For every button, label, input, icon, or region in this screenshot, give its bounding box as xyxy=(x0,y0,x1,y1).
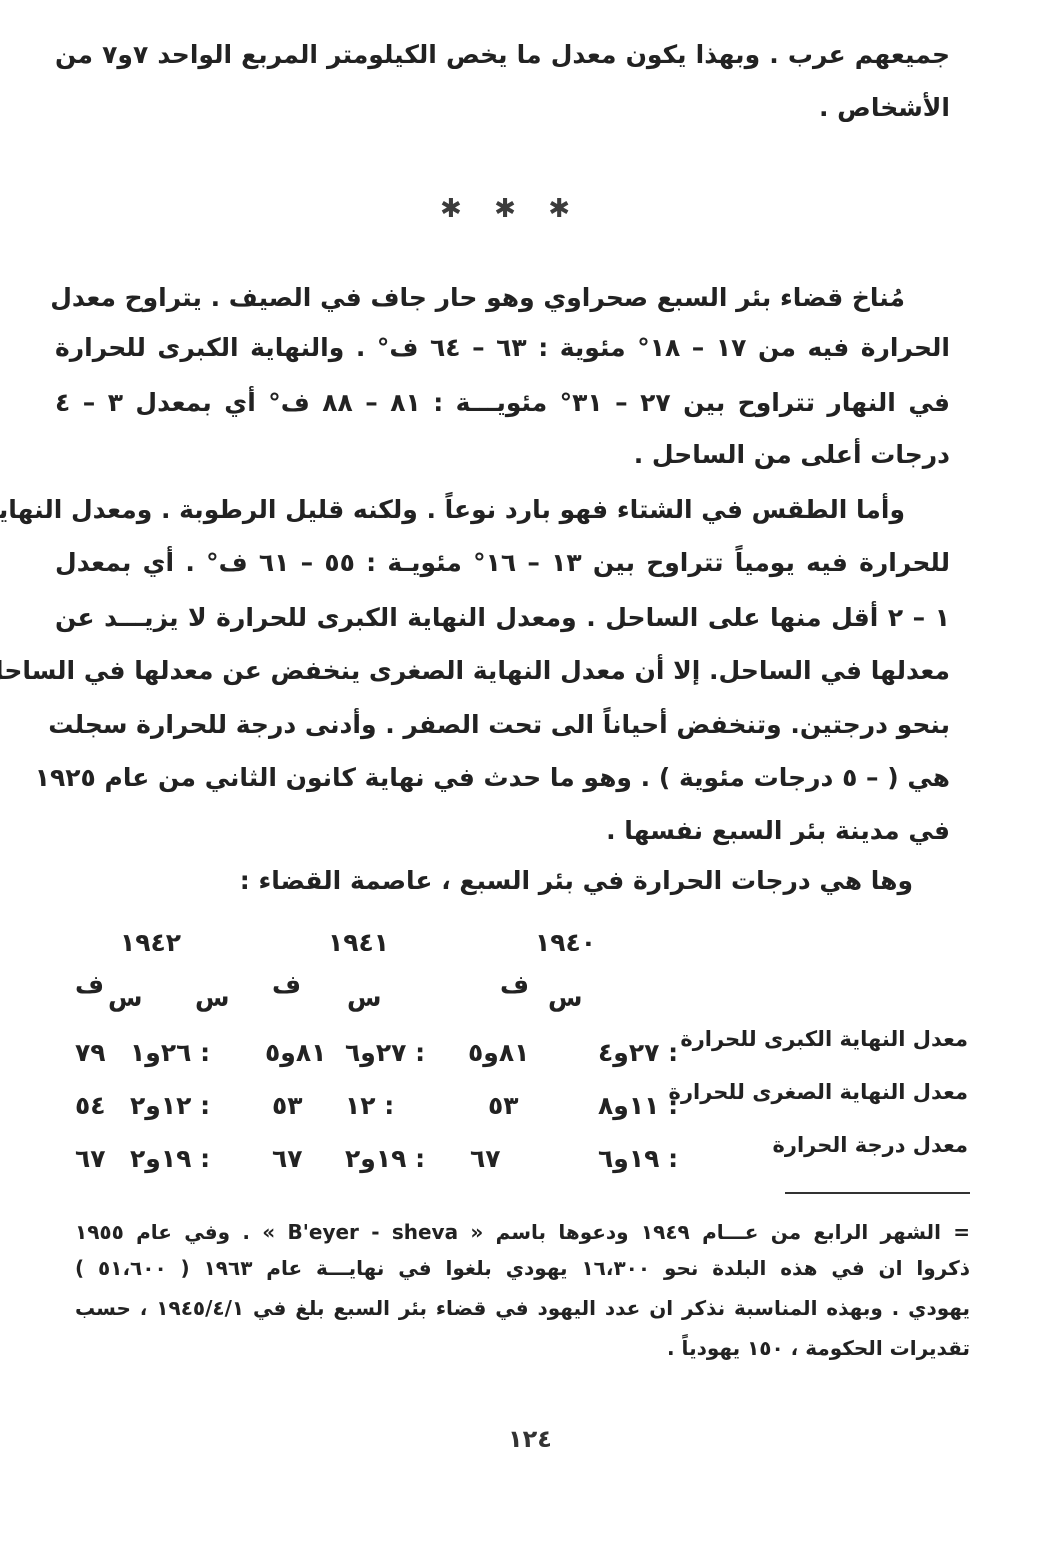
year-header-1942: ١٩٤٢ xyxy=(120,930,181,955)
asterisk-icon: ✱ xyxy=(494,194,516,224)
cell-mean-1942-c: : ١٩و٢ xyxy=(130,1146,210,1171)
cell-max-1941-c: : ٢٧و٦ xyxy=(345,1040,425,1065)
row-label-max: معدل النهاية الكبرى للحرارة xyxy=(680,1027,968,1051)
paragraph1-line-3: في النهار تتراوح بين ٢٧ – ٣١° مئويـــة :… xyxy=(55,390,950,415)
cell-min-1941-c: : ١٢ xyxy=(345,1093,394,1118)
asterisk-icon: ✱ xyxy=(440,194,462,224)
cell-max-1940-c: : ٢٧و٤ xyxy=(598,1040,678,1065)
cell-min-1942-f: ٥٤ xyxy=(75,1093,106,1118)
unit-c-first: س xyxy=(548,985,583,1010)
unit-f-1942: ف xyxy=(75,972,104,997)
cell-max-1941-f: ٨١و٥ xyxy=(265,1040,326,1065)
cell-max-1940-f: ٨١و٥ xyxy=(468,1040,529,1065)
intro-line-2: الأشخاص . xyxy=(819,95,950,120)
paragraph2-line-3: ١ – ٢ أقل منها على الساحل . ومعدل النهاي… xyxy=(55,605,950,630)
cell-min-1942-c: : ١٢و٢ xyxy=(130,1093,210,1118)
cell-min-1940-c: : ١١و٨ xyxy=(598,1093,678,1118)
paragraph2-line-2: للحرارة فيه يومياً تتراوح بين ١٣ – ١٦° م… xyxy=(55,550,950,575)
row-label-mean: معدل درجة الحرارة xyxy=(772,1133,968,1157)
asterisk-icon: ✱ xyxy=(548,194,570,224)
unit-c-1940: س xyxy=(347,985,382,1010)
footnote-line-3: يهودي . وبهذه المناسبة نذكر ان عدد اليهو… xyxy=(75,1298,970,1318)
cell-mean-1941-c: : ١٩و٢ xyxy=(345,1146,425,1171)
paragraph2-line-4: معدلها في الساحل. إلا أن معدل النهاية ال… xyxy=(55,658,950,683)
footnote-line-2: ذكروا ان في هذه البلدة نحو ١٦،٣٠٠ يهودي … xyxy=(75,1258,970,1278)
footnote-divider xyxy=(785,1192,970,1194)
cell-mean-1940-f: ٦٧ xyxy=(470,1146,501,1171)
footnote-line-4: تقديرات الحكومة ، ١٥٠ يهودياً . xyxy=(667,1338,970,1358)
cell-max-1942-f: ٧٩ xyxy=(75,1040,106,1065)
intro-line-1: جميعهم عرب . وبهذا يكون معدل ما يخص الكي… xyxy=(55,42,950,67)
sep: : xyxy=(668,1038,678,1067)
paragraph1-line-2: الحرارة فيه من ١٧ – ١٨° مئوية : ٦٣ – ٦٤ … xyxy=(55,335,950,360)
cell-min-1941-f: ٥٣ xyxy=(272,1093,303,1118)
cell-mean-1942-f: ٦٧ xyxy=(75,1146,106,1171)
cell-mean-1941-f: ٦٧ xyxy=(272,1146,303,1171)
paragraph2-line-7: في مدينة بئر السبع نفسها . xyxy=(606,818,950,843)
book-page: جميعهم عرب . وبهذا يكون معدل ما يخص الكي… xyxy=(0,0,1063,1555)
unit-c-1942: س xyxy=(108,985,143,1010)
unit-f-1940: ف xyxy=(500,972,529,997)
paragraph2-line-1: وأما الطقس في الشتاء فهو بارد نوعاً . ول… xyxy=(55,497,905,522)
cell-mean-1940-c: : ١٩و٦ xyxy=(598,1146,678,1171)
unit-f-1941: ف xyxy=(272,972,301,997)
page-number: ١٢٤ xyxy=(508,1425,552,1453)
unit-c-second: س xyxy=(195,985,230,1010)
footnote-line-1: = الشهر الرابع من عـــام ١٩٤٩ ودعوها باس… xyxy=(75,1222,970,1242)
paragraph1-line-1: مُناخ قضاء بئر السبع صحراوي وهو حار جاف … xyxy=(55,285,905,310)
year-header-1940: ١٩٤٠ xyxy=(535,930,596,955)
section-separator: ✱ ✱ ✱ xyxy=(440,194,570,224)
year-header-1941: ١٩٤١ xyxy=(328,930,389,955)
paragraph2-line-5: بنحو درجتين. وتنخفض أحياناً الى تحت الصف… xyxy=(55,712,950,737)
paragraph2-line-6: هي ( – ٥ درجات مئوية ) . وهو ما حدث في ن… xyxy=(55,765,950,790)
cell-min-1940-f: ٥٣ xyxy=(488,1093,519,1118)
paragraph1-line-4: درجات أعلى من الساحل . xyxy=(634,442,950,467)
cell-max-1942-c: : ٢٦و١ xyxy=(130,1040,210,1065)
table-intro: وها هي درجات الحرارة في بئر السبع ، عاصم… xyxy=(240,868,913,893)
row-label-min: معدل النهاية الصغرى للحرارة xyxy=(669,1080,968,1104)
